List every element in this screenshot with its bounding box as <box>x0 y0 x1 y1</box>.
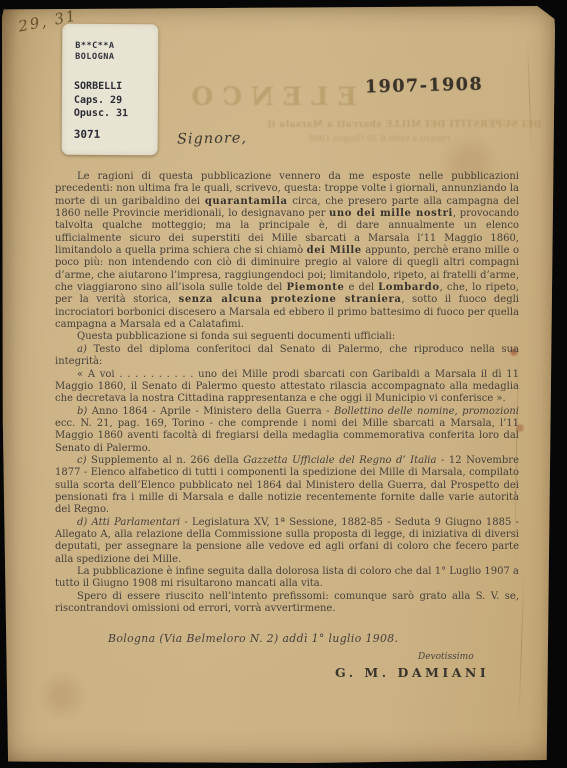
stamp-line-2: BOLOGNA <box>75 52 114 63</box>
letter-paragraph: Spero di essere riuscito nell’intento pr… <box>55 591 519 616</box>
letter-paragraph: La pubblicazione è infine seguita dalla … <box>55 566 519 591</box>
letter-paragraph: b) Anno 1864 - Aprile - Ministero della … <box>55 406 519 455</box>
bleedthrough-subtitle-1: DEI SUPERSTITI DEI MILLE sbarcati a Mars… <box>182 120 567 130</box>
paper-crease <box>527 36 532 156</box>
letter-body: Le ragioni di questa pubblicazione venne… <box>55 171 519 615</box>
dateline: Bologna (Via Belmeloro N. 2) addì 1° lug… <box>108 632 398 645</box>
label-collection: SORBELLI <box>74 80 128 94</box>
letter-paragraph: « A voi . . . . . . . . . . uno dei Mill… <box>55 369 519 406</box>
letter-paragraph: Le ragioni di questa pubblicazione venne… <box>55 171 519 331</box>
label-number: 3071 <box>74 128 101 141</box>
scanned-document: 29, 31 B**C**A BOLOGNA SORBELLI Caps. 29… <box>0 0 567 768</box>
library-label: B**C**A BOLOGNA SORBELLI Caps. 29 Opusc.… <box>62 24 159 156</box>
year-heading: 1907-1908 <box>365 75 484 98</box>
library-stamp: B**C**A BOLOGNA <box>75 41 114 63</box>
letter-paragraph: a) Testo del diploma conferitoci dal Sen… <box>55 344 519 369</box>
letter-paragraph: d) Atti Parlamentari - Legislatura XV, 1… <box>55 517 519 566</box>
label-caps: Caps. 29 <box>74 93 128 107</box>
valediction: Devotissimo <box>418 652 474 662</box>
stamp-line-1: B**C**A <box>75 41 114 52</box>
signature: G. M. DAMIANI <box>335 665 489 680</box>
label-opusc: Opusc. 31 <box>74 107 128 121</box>
label-typed-block: SORBELLI Caps. 29 Opusc. 31 <box>74 80 128 121</box>
paper-crease <box>518 566 525 726</box>
paper-sheet: 29, 31 B**C**A BOLOGNA SORBELLI Caps. 29… <box>2 6 555 763</box>
letter-paragraph: Questa pubblicazione si fonda sui seguen… <box>55 331 519 343</box>
letter-paragraph: c) Supplemento al n. 266 della Gazzetta … <box>55 455 519 517</box>
salutation: Signore, <box>177 130 247 147</box>
